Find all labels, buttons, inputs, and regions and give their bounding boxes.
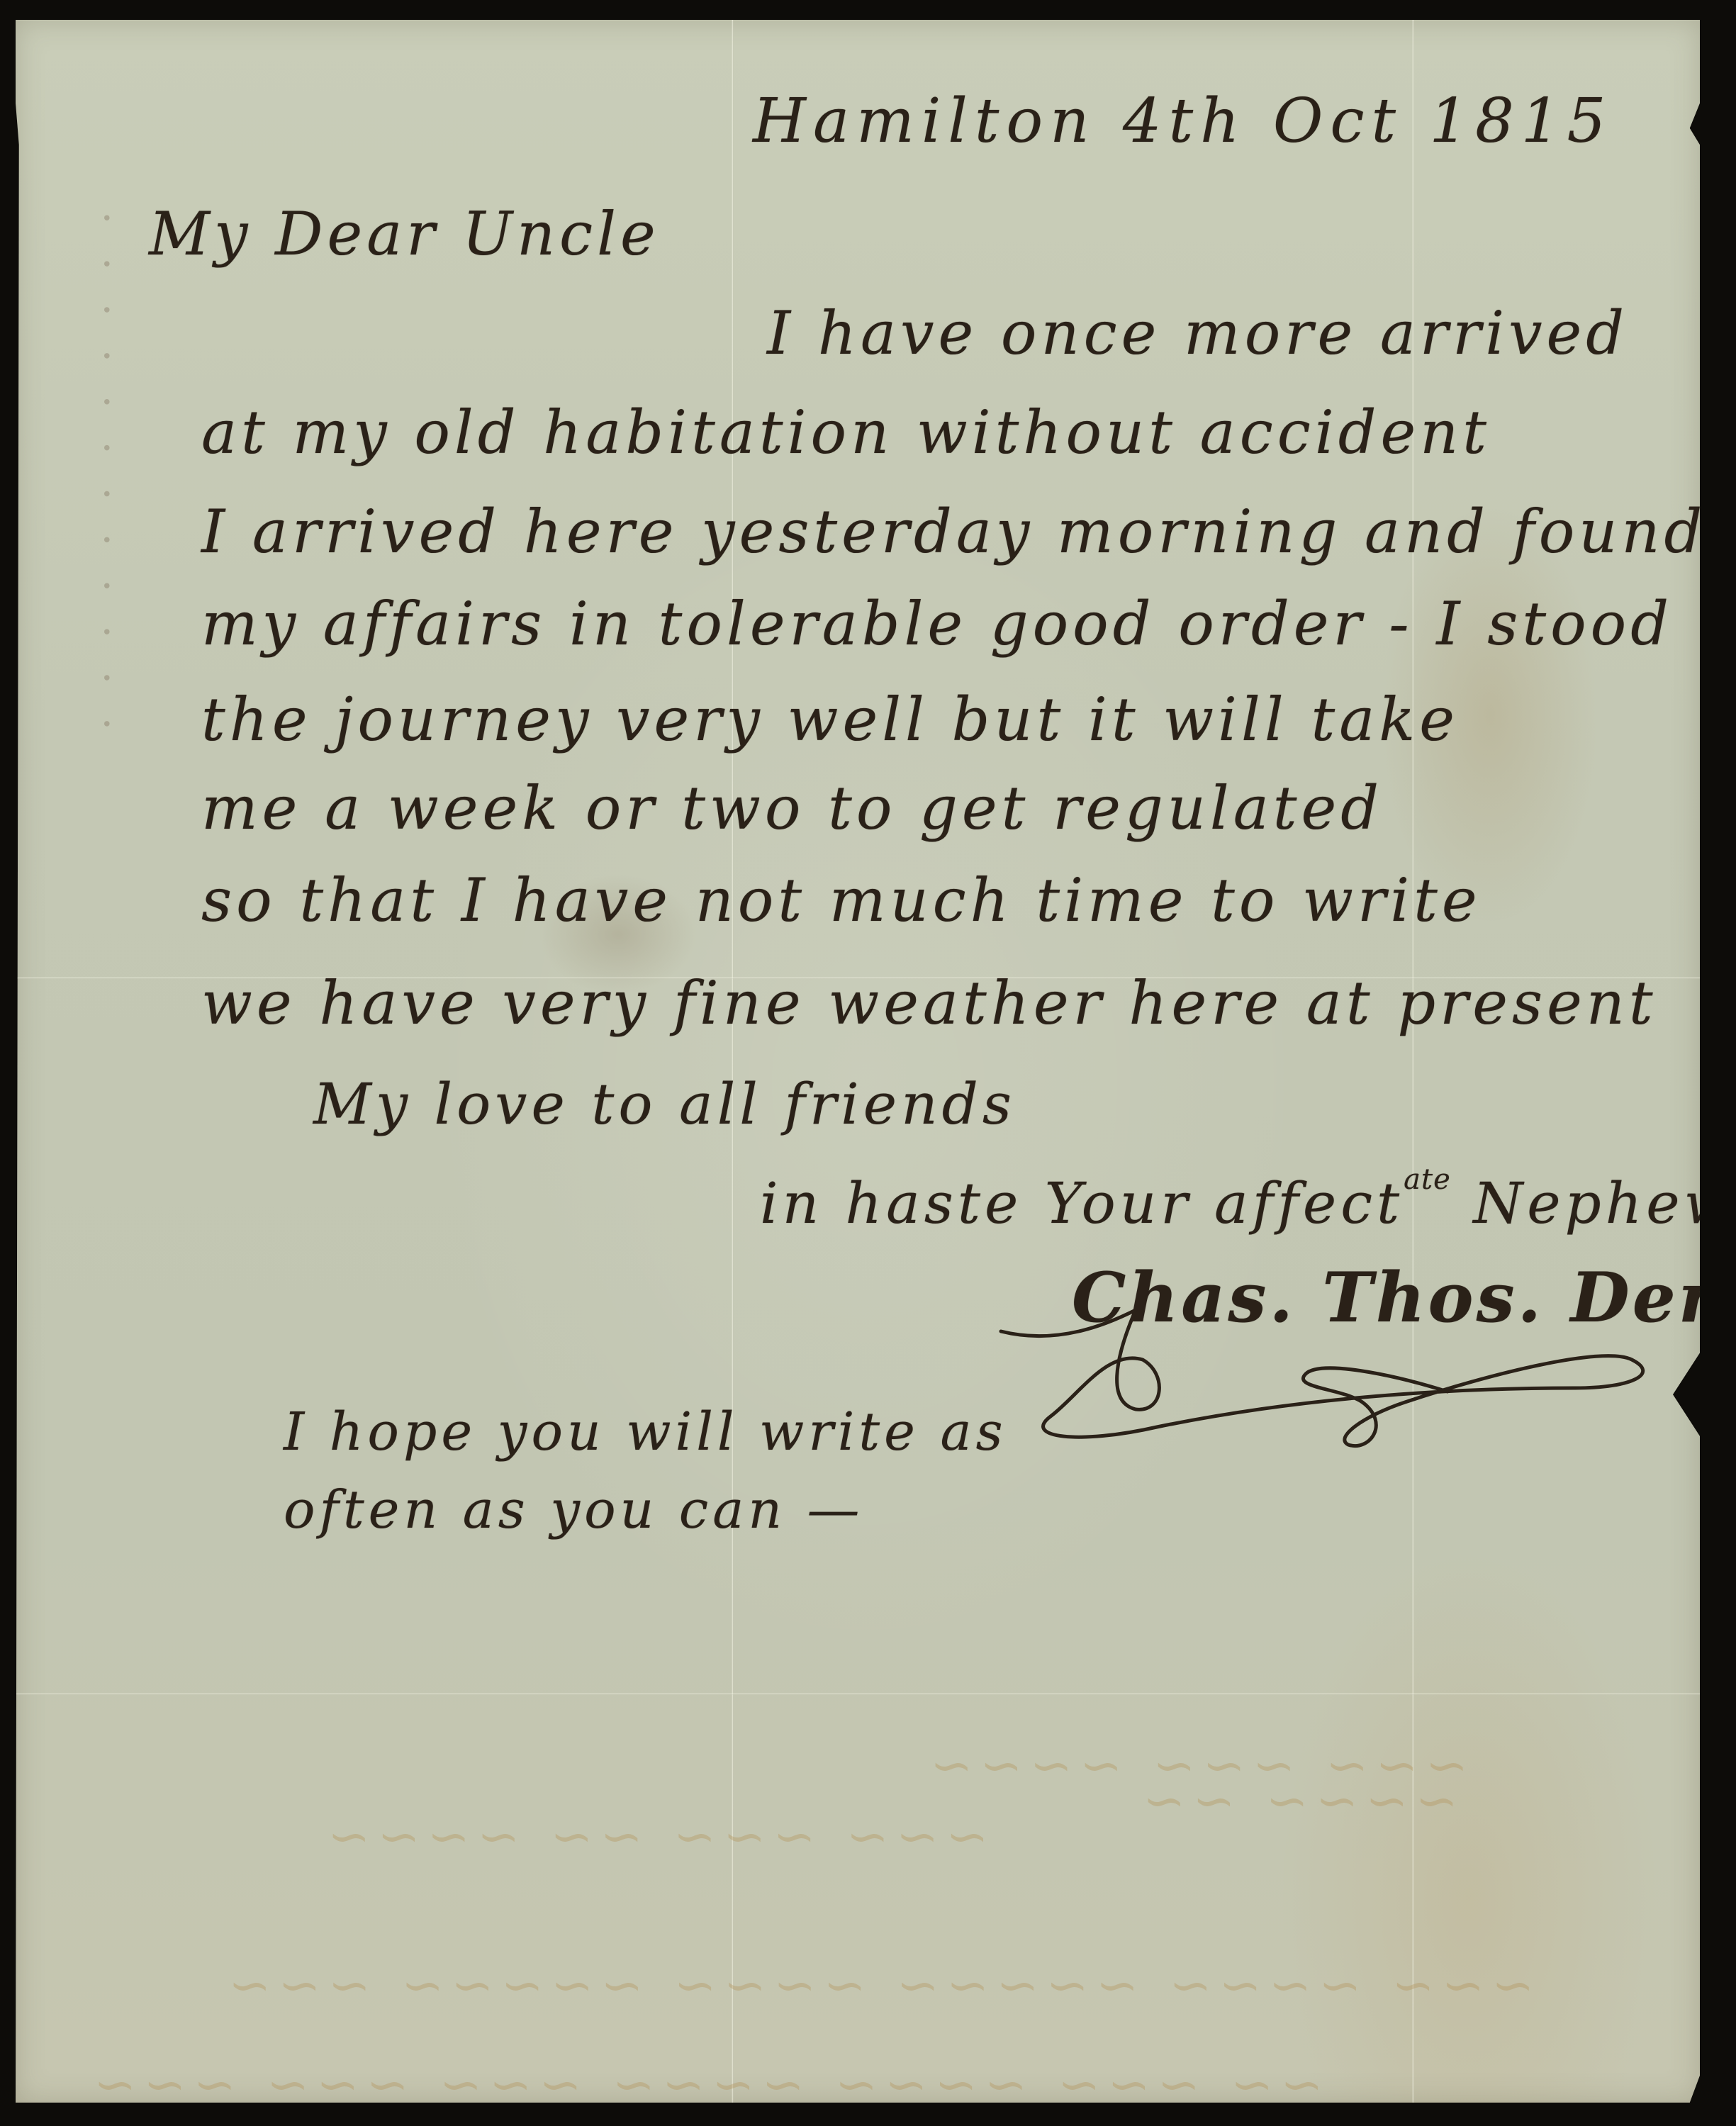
salutation: My Dear Uncle (149, 204, 660, 264)
dateline: Hamilton 4th Oct 1815 (753, 91, 1613, 152)
closing-regards: My love to all friends (313, 1076, 1016, 1133)
signature: Chas. Thos. Dering (1072, 1264, 1736, 1332)
horizontal-fold-crease (16, 1693, 1700, 1695)
body-line-7: so that I have not much time to write (201, 871, 1482, 930)
body-line-1: I have once more arrived (767, 303, 1628, 363)
body-line-2: at my old habitation without accident (201, 403, 1491, 462)
valediction: in haste Your affectate Nephew (760, 1175, 1736, 1232)
bleed-through-text: ~~~ ~~~~ ~~~~~ ~~~~ ~~~~~ ~~~ (221, 1955, 1534, 2015)
valediction-prefix: in haste Your affect (760, 1170, 1404, 1236)
postscript-line-1: I hope you will write as (284, 1406, 1007, 1458)
valediction-superscript: ate (1404, 1163, 1451, 1196)
margin-show-through: . . . . . . . . . . . . (95, 211, 143, 740)
vertical-fold-crease (732, 20, 734, 2103)
body-line-4: my affairs in tolerable good order - I s… (201, 594, 1673, 654)
valediction-suffix: Nephew (1473, 1170, 1736, 1236)
bleed-through-text: ~~~~ ~~ (1136, 1771, 1458, 1830)
body-line-6: me a week or two to get regulated (201, 778, 1383, 838)
postscript-line-2: often as you can — (284, 1484, 864, 1536)
letter-sheet: . . . . . . . . . . . . ~~~ ~~~ ~~~~ ~~~… (16, 20, 1700, 2103)
bleed-through-text: ~~~ ~~~ ~~ ~~~~ (320, 1806, 989, 1866)
body-line-8: we have very fine weather here at presen… (201, 973, 1657, 1033)
body-line-3: I arrived here yesterday morning and fou… (201, 502, 1706, 561)
body-line-5: the journey very well but it will take (201, 690, 1459, 749)
